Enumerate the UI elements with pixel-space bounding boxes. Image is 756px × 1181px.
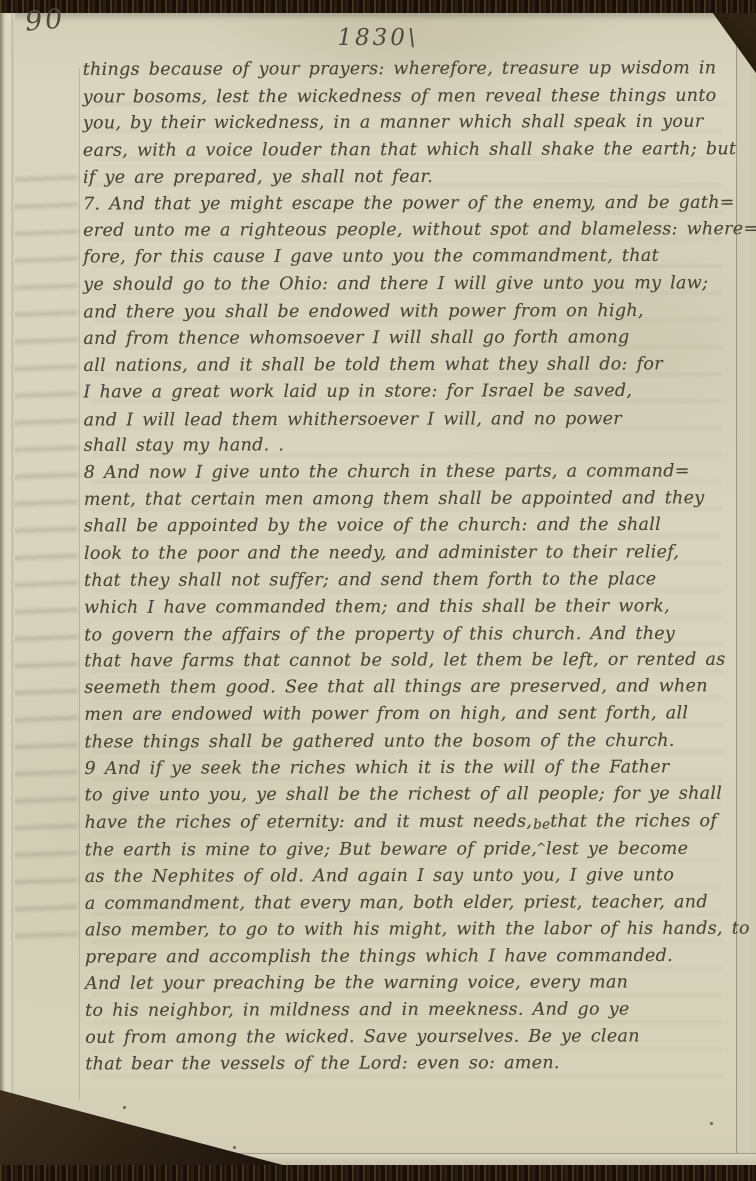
manuscript-line: ears, with a voice louder than that whic… — [83, 136, 745, 165]
manuscript-line: to govern the affairs of the property of… — [84, 620, 746, 649]
manuscript-line: your bosoms, lest the wickedness of men … — [83, 83, 745, 112]
stray-ink-dot — [123, 1106, 126, 1109]
margin-crease-line — [79, 68, 80, 1100]
line-text-before-insertion: have the riches of eternity: and it must… — [85, 812, 533, 833]
manuscript-line: also member, to go to with his might, wi… — [85, 915, 747, 944]
manuscript-line: that bear the vessels of the Lord: even … — [85, 1050, 747, 1079]
manuscript-line: to give unto you, ye shall be the riches… — [85, 781, 747, 810]
manuscript-line: things because of your prayers: wherefor… — [83, 55, 745, 84]
line-text-after-insertion: that the riches of — [550, 811, 717, 831]
manuscript-line-with-insertion: have the riches of eternity: and it must… — [85, 808, 747, 837]
manuscript-line: that have farms that cannot be sold, let… — [84, 646, 746, 675]
manuscript-line: ment, that certain men among them shall … — [84, 485, 746, 514]
manuscript-line: And let your preaching be the warning vo… — [85, 969, 747, 998]
page-left-edge — [0, 13, 15, 1165]
manuscript-line: that they shall not suffer; and send the… — [84, 566, 746, 595]
manuscript-line: shall be appointed by the voice of the c… — [84, 512, 746, 541]
manuscript-line: ye should go to the Ohio: and there I wi… — [83, 270, 745, 299]
stray-ink-dot — [233, 1146, 236, 1149]
manuscript-line: to his neighbor, in mildness and in meek… — [85, 996, 747, 1025]
stray-ink-dot — [710, 1122, 713, 1125]
ink-showthrough-margin — [8, 163, 78, 943]
manuscript-line: and I will lead them whithersoever I wil… — [84, 405, 746, 434]
manuscript-line: ered unto me a righteous people, without… — [83, 216, 745, 245]
manuscript-line: shall stay my hand. . — [84, 432, 746, 461]
manuscript-line: the earth is mine to give; But beware of… — [85, 836, 747, 865]
manuscript-line: fore, for this cause I gave unto you the… — [83, 243, 745, 272]
manuscript-line: all nations, and it shall be told them w… — [83, 351, 745, 380]
manuscript-line-verse-8: 8 And now I give unto the church in thes… — [84, 458, 746, 487]
manuscript-line: these things shall be gathered unto the … — [84, 728, 746, 757]
manuscript-line: you, by their wickedness, in a manner wh… — [83, 108, 745, 137]
manuscript-line: which I have commanded them; and this sh… — [84, 593, 746, 622]
manuscript-line-verse-7: 7. And that ye might escape the power of… — [83, 190, 745, 219]
manuscript-line: and there you shall be endowed with powe… — [83, 298, 745, 327]
manuscript-line: a commandment, that every man, both elde… — [85, 889, 747, 918]
manuscript-line: as the Nephites of old. And again I say … — [85, 862, 747, 891]
book-binding-top — [0, 0, 756, 13]
manuscript-line-verse-9: 9 And if ye seek the riches which it is … — [84, 754, 746, 783]
year-heading: 1830\ — [0, 25, 756, 51]
manuscript-line: seemeth them good. See that all things a… — [84, 674, 746, 703]
manuscript-line: men are endowed with power from on high,… — [84, 701, 746, 730]
manuscript-line: I have a great work laid up in store: fo… — [84, 377, 746, 406]
manuscript-line: prepare and accomplish the things which … — [85, 943, 747, 972]
manuscript-line: if ye are prepared, ye shall not fear. — [83, 163, 745, 192]
manuscript-line: and from thence whomsoever I will shall … — [83, 324, 745, 353]
manuscript-line: look to the poor and the needy, and admi… — [84, 539, 746, 568]
book-binding-bottom — [0, 1165, 756, 1181]
manuscript-text-block: things because of your prayers: wherefor… — [83, 55, 748, 1079]
manuscript-line: out from among the wicked. Save yourselv… — [85, 1023, 747, 1052]
